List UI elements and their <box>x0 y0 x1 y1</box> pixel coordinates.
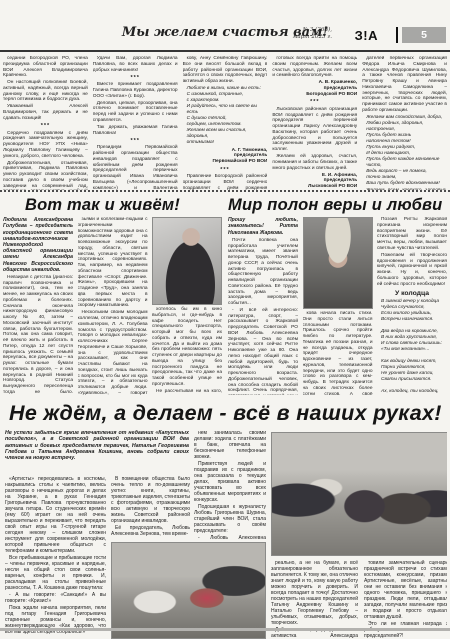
article-live-headline: Вот так и живём! <box>3 196 222 214</box>
paragraph: Почти полвека она проработала учителем м… <box>228 238 298 307</box>
paragraph: Уважаемый Алексей Владимирович, так держ… <box>3 104 88 121</box>
paragraph: кова начала писать стихи. Они просто ста… <box>303 311 373 395</box>
page-number: 5 <box>402 27 446 43</box>
paragraph: Нескольким своим молодым коллегам, отлич… <box>78 310 148 395</box>
article-live: Вот так и живём! Людмила Александровна Г… <box>3 195 222 398</box>
issue-number: № 3 (268), <box>293 27 332 34</box>
paragraph: - И всё ей интересно: литература, спорт,… <box>228 308 298 395</box>
paragraph: товили замечательный сценарий празднично… <box>364 560 447 620</box>
poem-title: У колодца <box>377 290 447 297</box>
congratulations-section: седании Богородской РО, члена президиума… <box>0 52 450 192</box>
article-hands-body: Не успели забыться яркие впечатления от … <box>3 430 447 639</box>
paragraph: Вместе принимает поздравления Галина Пав… <box>93 82 178 99</box>
article-faith-col1: Прошу любить, знакомьтесь! Ритта Николае… <box>228 217 298 395</box>
photo-guitar-gathering <box>271 432 447 556</box>
congrats-column-3: кову, Анну Семёновну Гаврюшину. Все они … <box>183 56 268 190</box>
photo-wheelchair-activist-portrait <box>152 217 222 305</box>
paragraph: Правление Богородской районной организац… <box>183 174 268 190</box>
article-hands-headline: Не ждём, а делаем - всё в наших руках! <box>3 402 447 426</box>
paragraph: В помещении общества было очень тепло и … <box>111 476 190 524</box>
photo-holiday-room-scene <box>111 542 266 639</box>
article-faith-body: Прошу любить, знакомьтесь! Ритта Николае… <box>228 217 447 395</box>
masthead: Мы желаем счастья вам! № 3 (268), март 2… <box>0 0 450 52</box>
issue-date: март 2025 г. <box>293 34 332 41</box>
article-hands-col2: В помещении общества было очень тепло и … <box>111 476 190 540</box>
paragraph: Её председатель, Любовь Алексеевна Зерно… <box>111 525 190 537</box>
paragraph: готовых всегда прийти на помощь своим по… <box>272 56 357 79</box>
section-separator: *** <box>272 99 357 105</box>
article-hands-col3: нем занималась своими делами: ходила с п… <box>194 430 266 540</box>
paragraph: - А вы говорите: «Санкции!» А вы говорит… <box>5 592 106 604</box>
article-live-col1: Людмила Александровна Голубева – председ… <box>3 217 73 395</box>
page-number-divider <box>396 27 398 43</box>
paragraph: Все прибывающие и прибывающие гости – чл… <box>5 555 106 591</box>
paragraph: Не рассчитывая ни на кого, жильцы налажи… <box>152 389 222 395</box>
issue-info: № 3 (268), март 2025 г. <box>293 27 332 41</box>
paragraph: Так держать, уважаемая Галина Павловна! <box>93 125 178 137</box>
congrats-column-2: Удачи Вам, дорогая Людмила Павловна, во … <box>93 56 178 190</box>
paragraph: хотелось бы им в кино выбраться, и где-н… <box>152 307 222 388</box>
article-live-col3-text: хотелось бы им в кино выбраться, и где-н… <box>152 307 222 395</box>
section-separator: *** <box>93 138 178 144</box>
congrats-column-1: седании Богородской РО, члена президиума… <box>3 56 88 190</box>
page-footer-rule <box>0 628 450 631</box>
newspaper-motto: Мы желаем счастья вам! <box>0 25 450 40</box>
page-number-block: 5 <box>396 27 446 43</box>
article-live-col3: хотелось бы им в кино выбраться, и где-н… <box>152 217 222 395</box>
article-hands: Не ждём, а делаем - всё в наших руках! Н… <box>0 398 450 639</box>
photo-elderly-woman-hat <box>303 217 373 309</box>
paragraph: Поэзия Ритты Жарковой пронизана искренни… <box>377 217 447 252</box>
paragraph: реально, а не на бумаге, и всё запланиро… <box>271 560 358 626</box>
lead-paragraph: Прошу любить, знакомьтесь! Ритта Николае… <box>228 217 298 236</box>
section-separator: *** <box>3 123 88 129</box>
paragraph: Деловая, цепкая, прозорливая, она отличн… <box>93 101 178 124</box>
paragraph: Желаем ей здоровья, счастья, понимания и… <box>272 154 357 171</box>
article-live-body: Людмила Александровна Голубева – председ… <box>3 217 222 395</box>
paragraph: Приветствуя людей и поздравив их с празд… <box>194 461 266 503</box>
newspaper-page: Мы желаем счастья вам! № 3 (268), март 2… <box>0 0 450 639</box>
signature: Е. И. Афонина, председатель Лысковской Р… <box>272 173 357 190</box>
paragraph: Доброжелательная, отзывчивая, приветлива… <box>3 161 88 190</box>
paragraph: Лысковская районная организация ВОИ позд… <box>272 107 357 153</box>
paragraph: Подошедшая к журналисту Любовь Григорьев… <box>194 504 266 534</box>
congrats-column-4: готовых всегда прийти на помощь своим по… <box>272 56 357 190</box>
section-separator: *** <box>93 75 178 81</box>
paragraph: кову, Анну Семёновну Гаврюшину. Все они … <box>183 56 268 85</box>
article-faith-col2: кова начала писать стихи. Они просто ста… <box>303 217 373 395</box>
paragraph: Удачи Вам, дорогая Людмила Павловна, во … <box>93 56 178 73</box>
paragraph: Невзирая с детства (диагноз: паралич поз… <box>3 275 73 395</box>
paragraph: Президиум Первомайской районной организа… <box>93 145 178 190</box>
article-faith: Мир полон веры и любви Прошу любить, зна… <box>228 195 447 398</box>
article-hands-lead: Не успели забыться яркие впечатления от … <box>5 430 189 462</box>
poem-text: В зимний вечер у колодца Чудеса случаютс… <box>381 299 447 395</box>
paragraph: нем занималась своими делами: ходила с п… <box>194 430 266 460</box>
congrats-column-5: дателей первичных организаций Фёдора Иль… <box>362 56 447 190</box>
paragraph: седании Богородской РО, члена президиума… <box>3 56 88 79</box>
paragraph: - Любовь Алексеевна Зернова – исключител… <box>194 535 266 539</box>
signature: А. В. Кравченко, председатель Богородско… <box>272 80 357 97</box>
paragraph: Он настоящий полковник! Боевой, активный… <box>3 80 88 103</box>
lead-paragraph: Людмила Александровна Голубева – председ… <box>3 217 73 273</box>
article-faith-col3: Поэзия Ритты Жарковой пронизана искренни… <box>377 217 447 395</box>
paragraph: Сердечно поздравляем с днём рождения зам… <box>3 131 88 160</box>
middle-articles-row: Вот так и живём! Людмила Александровна Г… <box>0 192 450 398</box>
poem-text: Любите в жизни, какие вы есть: С изюминк… <box>187 86 268 146</box>
article-faith-col2-text: кова начала писать стихи. Они просто ста… <box>303 311 373 395</box>
article-hands-col1: «Артисты» переодевались в костюмы, накры… <box>5 476 106 639</box>
signature: А. Г. Тимонина, председатель Первомайско… <box>183 148 268 165</box>
newspaper-logo: З!А <box>355 28 378 43</box>
poem-text: Желаем вам спокойствия, добра, Любви род… <box>366 115 447 187</box>
paragraph: «Артисты» переодевались в костюмы, накры… <box>5 476 106 554</box>
article-live-col2: зьями и коллегами-людьми с ограниченными… <box>78 217 148 395</box>
paragraph: Пожелаем ей творческого вдохновения и пр… <box>377 253 447 288</box>
article-faith-headline: Мир полон веры и любви <box>228 196 447 214</box>
paragraph: Желаем всем крепкого здоровья, радости, … <box>362 188 447 190</box>
paragraph: зьями и коллегами-людьми с ограниченными… <box>78 217 148 309</box>
section-separator: *** <box>183 167 268 173</box>
paragraph: дателей первичных организаций Фёдора Иль… <box>362 56 447 114</box>
